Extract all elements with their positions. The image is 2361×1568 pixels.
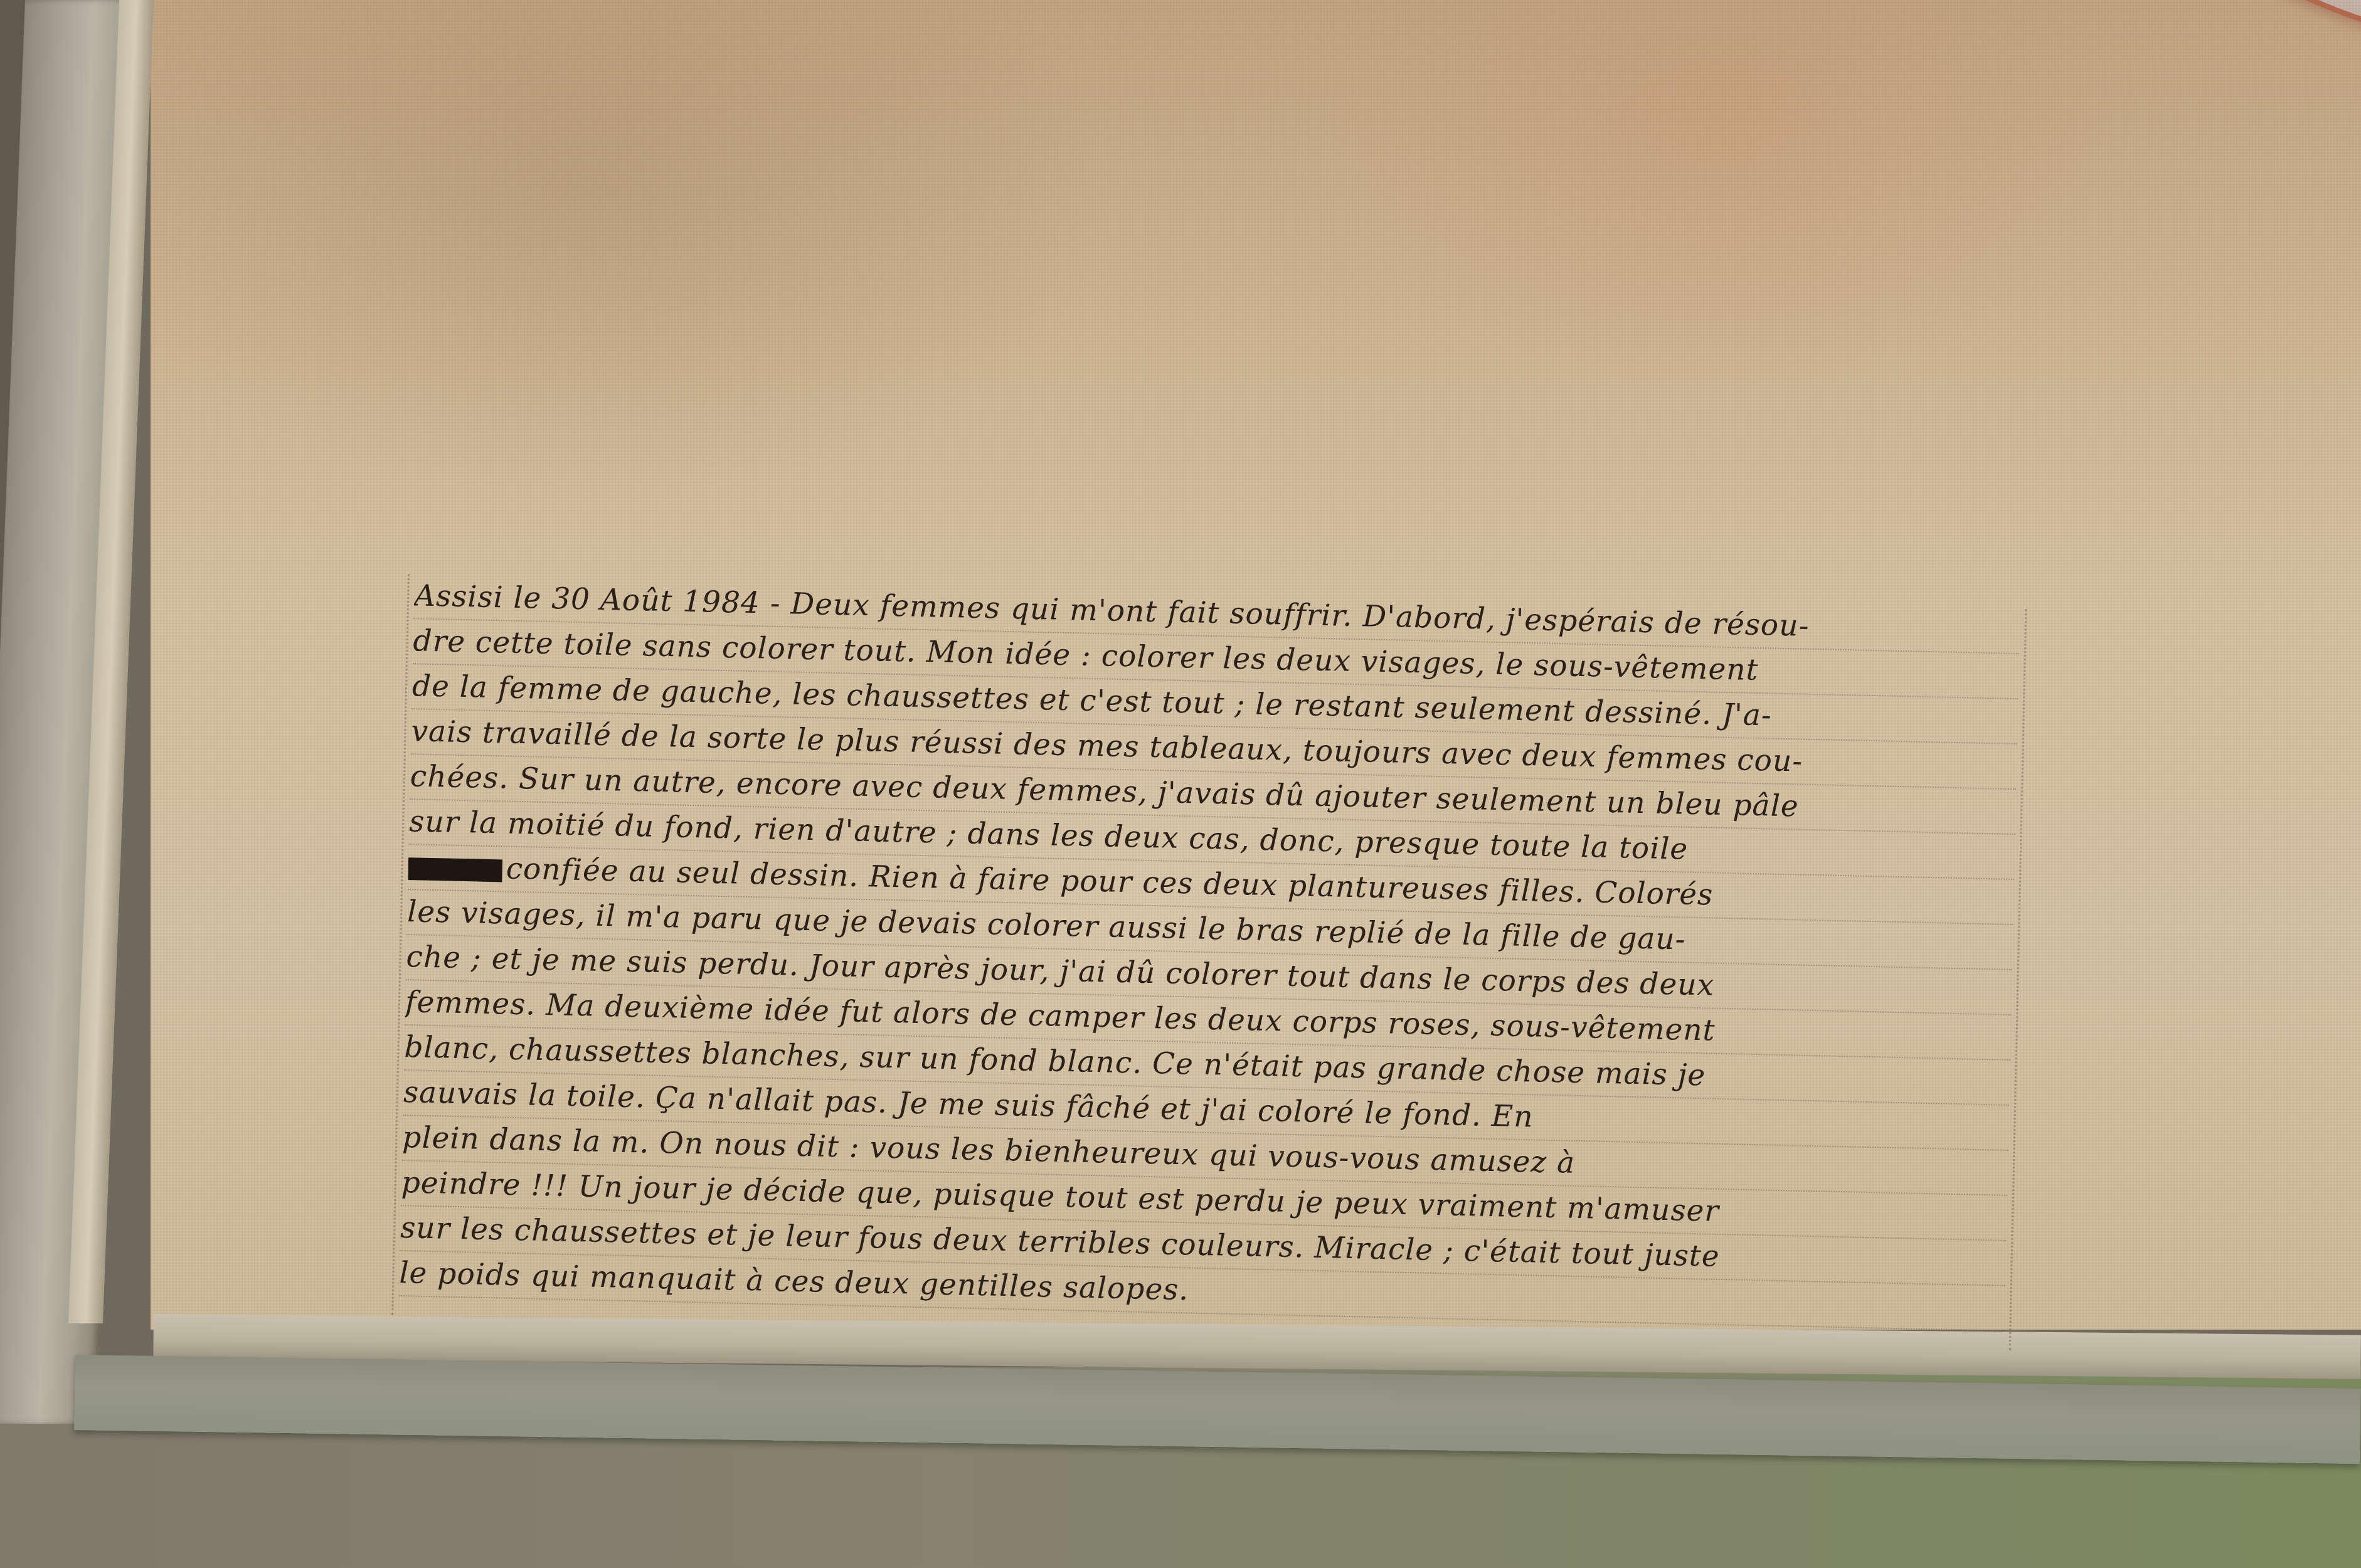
painted-figure-fragment [2123,0,2361,101]
handwritten-inscription: Assisi le 30 Août 1984 - Deux femmes qui… [391,574,2027,1350]
photo-scene: Assisi le 30 Août 1984 - Deux femmes qui… [0,0,2361,1568]
redaction-mark [408,857,502,882]
